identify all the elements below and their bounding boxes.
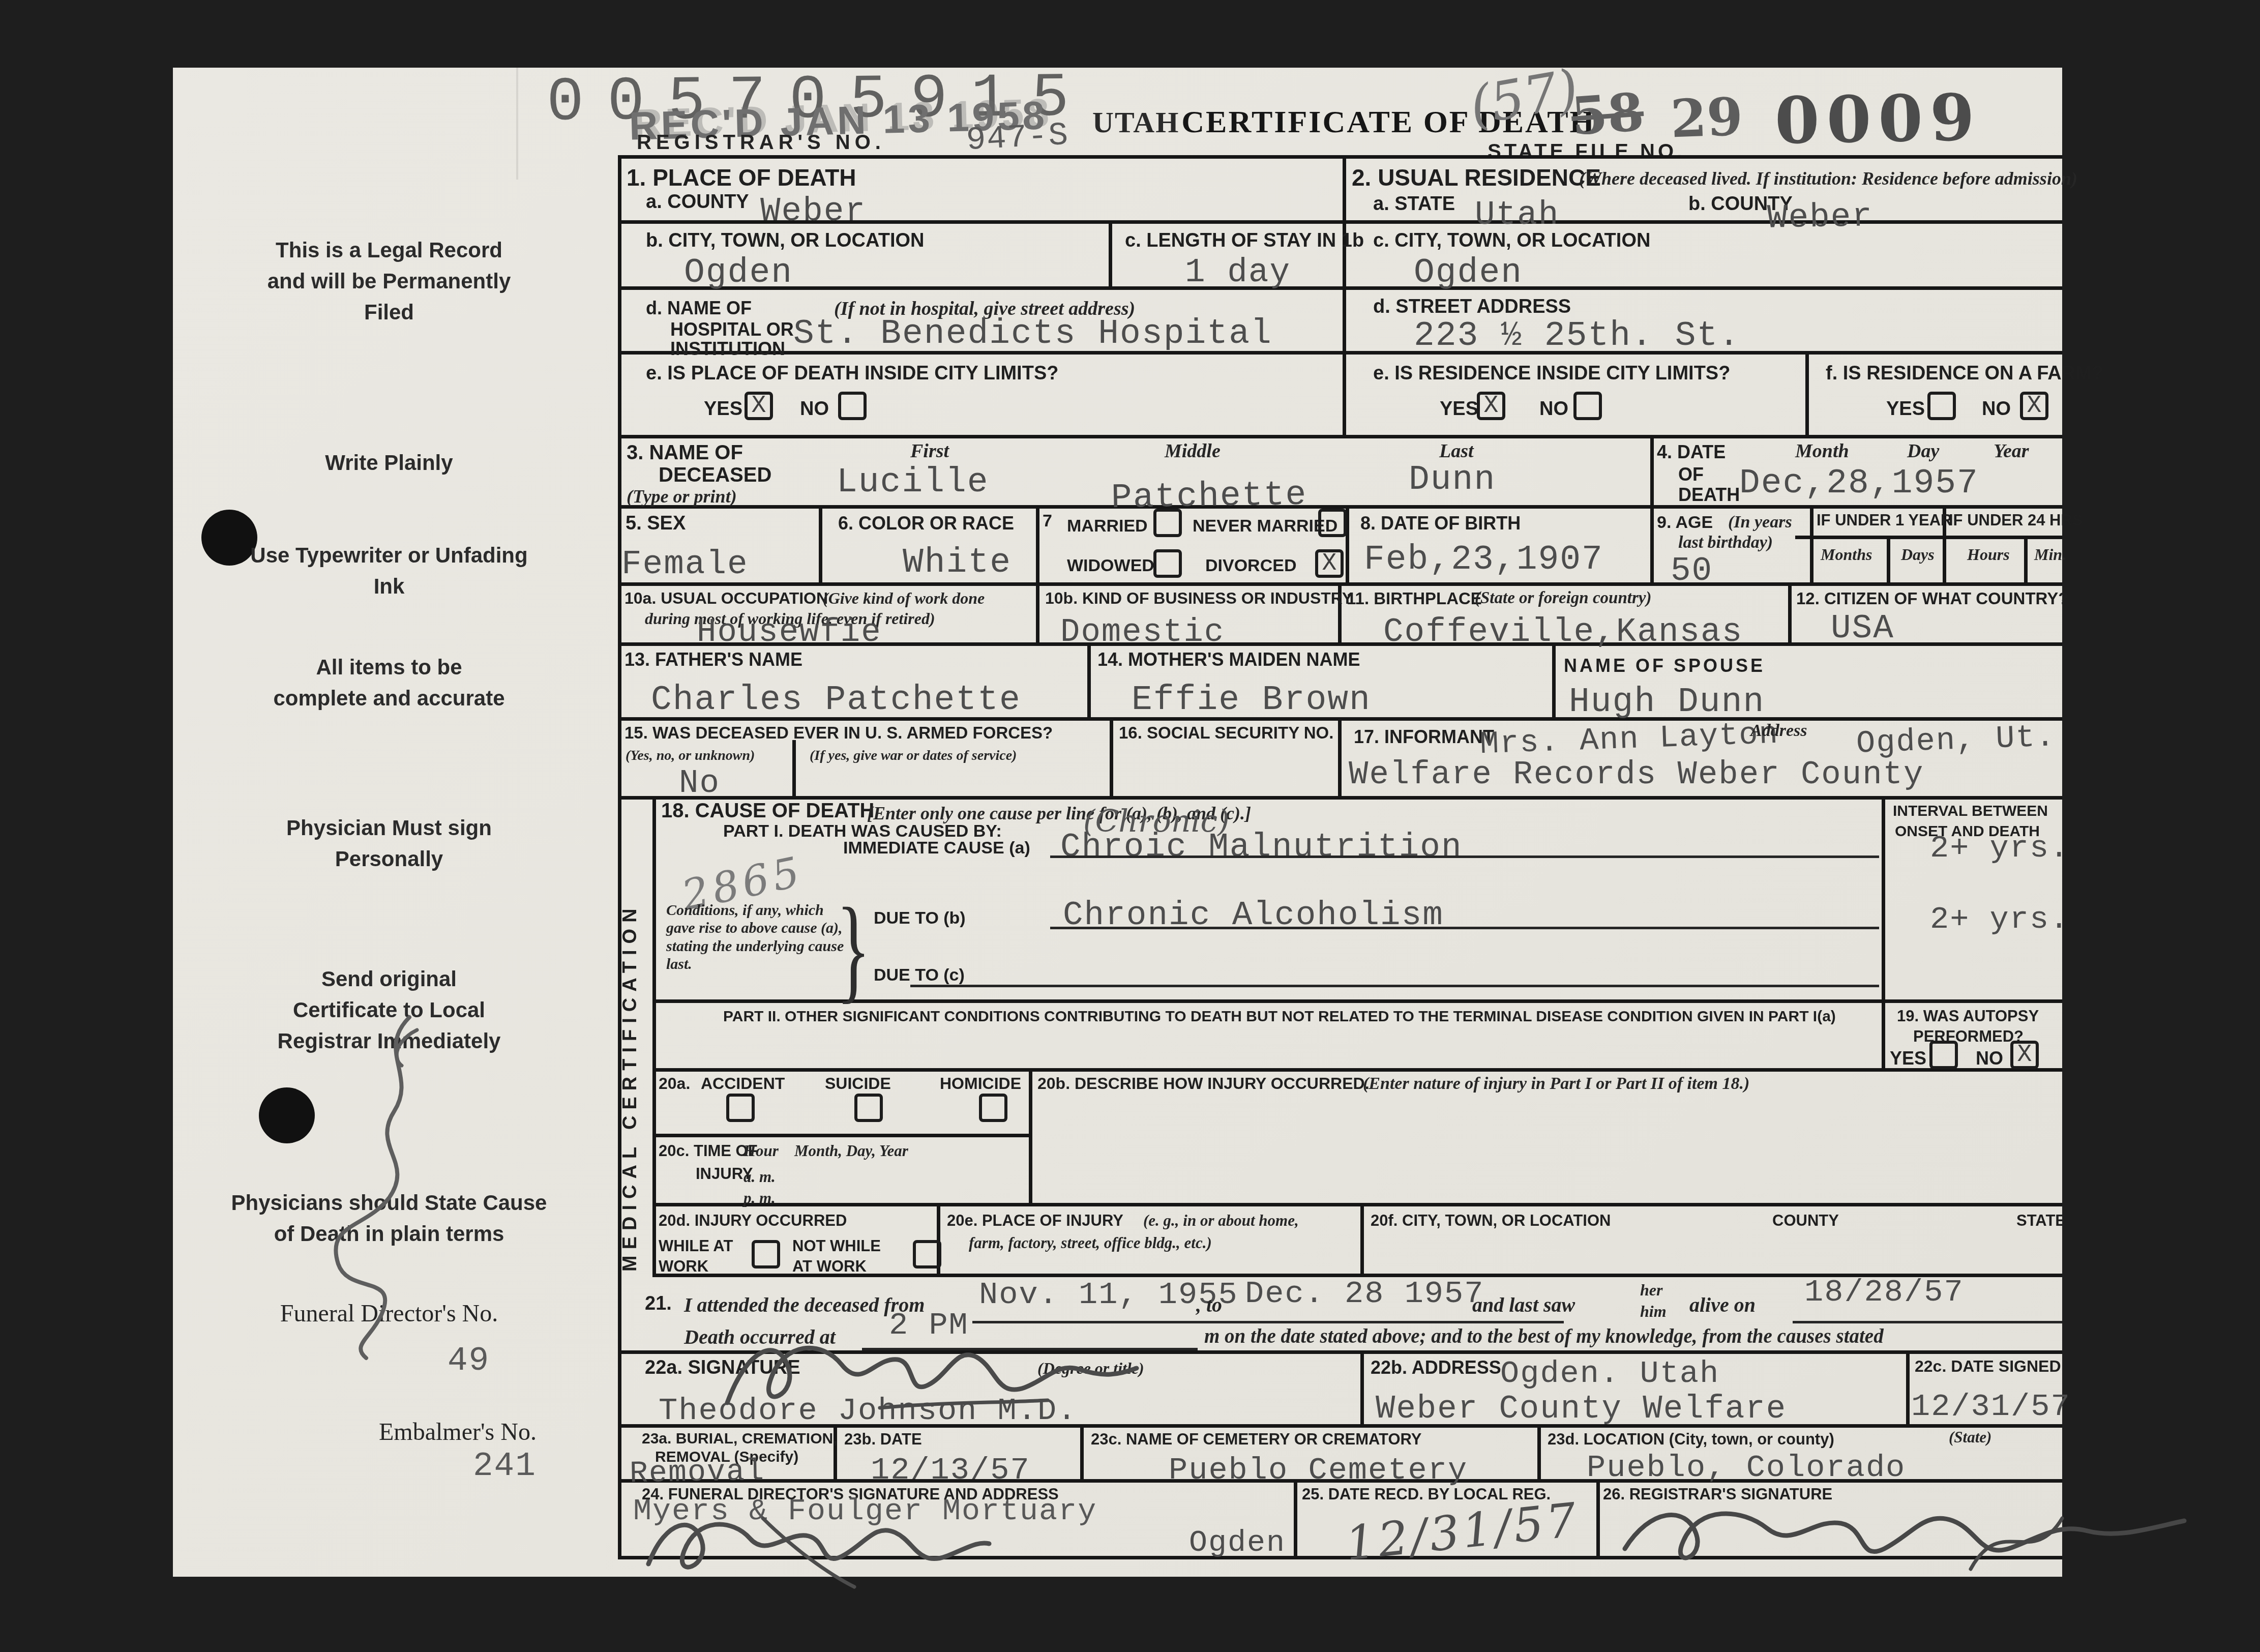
field-20c-pm-label: p. m. — [744, 1189, 776, 1207]
grid-line — [1360, 1203, 1364, 1274]
field-2e-yes-checkbox: X — [1477, 392, 1505, 420]
field-4-label: OF — [1678, 464, 1704, 485]
field-23d-value: Pueblo, Colorado — [1587, 1450, 1906, 1486]
field-2-paren: (Where deceased lived. If institution: R… — [1579, 168, 2077, 189]
field-5-value: Female — [621, 545, 749, 583]
grid-line — [1650, 505, 1654, 582]
field-18b-label: DUE TO (b) — [874, 908, 966, 928]
field-spouse-label: NAME OF SPOUSE — [1564, 655, 1765, 676]
field-20a-accident-label: ACCIDENT — [701, 1074, 785, 1093]
margin-note-complete: All items to be complete and accurate — [267, 652, 511, 714]
field-21-to-value: Dec. 28 1957 — [1245, 1276, 1484, 1312]
field-2d-label: d. STREET ADDRESS — [1373, 296, 1571, 318]
grid-line — [1338, 717, 1342, 796]
field-13-label: 13. FATHER'S NAME — [625, 649, 802, 670]
field-20e-label: 20e. PLACE OF INJURY — [947, 1212, 1123, 1230]
field-18a-value: Chroic Malnutrition — [1060, 828, 1463, 866]
field-1c-value: 1 day — [1185, 253, 1291, 291]
field-21-num: 21. — [645, 1293, 672, 1315]
field-9-months-label: Months — [1821, 545, 1872, 564]
field-20a-accident-checkbox — [726, 1094, 755, 1122]
physician-signature — [712, 1326, 1149, 1418]
field-20a-homicide-checkbox — [979, 1094, 1007, 1122]
field-20c-am-label: a. m. — [744, 1168, 776, 1186]
field-7-num: 7 — [1043, 511, 1052, 531]
margin-note-typewriter: Use Typewriter or Unfading Ink — [247, 540, 531, 602]
field-20f-state-label: STATE — [2016, 1212, 2066, 1230]
grid-line — [1552, 642, 1556, 717]
field-21-him-label: him — [1640, 1302, 1667, 1321]
field-2c-label: c. CITY, TOWN, OR LOCATION — [1373, 230, 1650, 252]
field-1b-label: b. CITY, TOWN, OR LOCATION — [646, 230, 924, 252]
field-21-alive-label: alive on — [1689, 1293, 1756, 1317]
field-7-divorced-label: DIVORCED — [1205, 556, 1296, 576]
field-2f-no-checkbox: X — [2020, 392, 2048, 420]
field-7-married-checkbox — [1153, 509, 1182, 537]
field-19-no-label: NO — [1976, 1048, 2003, 1069]
field-7-married-label: MARRIED — [1067, 516, 1148, 536]
field-1a-value: Weber — [760, 192, 866, 230]
field-21-from-line — [972, 1321, 1247, 1323]
field-2b-value: Weber — [1767, 197, 1873, 238]
field-4-month-label: Month — [1795, 440, 1849, 462]
field-21-to-line — [1233, 1321, 1564, 1323]
field-9-under24h-label: IF UNDER 24 HRS — [1949, 511, 2083, 529]
field-9-paren: last birthday) — [1678, 533, 1773, 552]
registrar-no-value: 947-S — [965, 117, 1070, 159]
field-11-label: 11. BIRTHPLACE — [1347, 589, 1482, 608]
grid-line — [618, 155, 621, 1559]
grid-line — [1810, 505, 1813, 582]
field-9-min-label: Min. — [2034, 545, 2066, 564]
field-18a-line — [1050, 855, 1879, 858]
scanned-death-certificate: 005705915 REC'D JAN 13 1958 REGISTRAR'S … — [0, 0, 2260, 1652]
field-2-title: 2. USUAL RESIDENCE — [1352, 164, 1601, 191]
field-spouse-value: Hugh Dunn — [1569, 683, 1765, 722]
field-12-value: USA — [1831, 609, 1894, 647]
field-18-immediate-label: IMMEDIATE CAUSE (a) — [843, 838, 1030, 858]
field-10a-paren: (Give kind of work done — [823, 589, 985, 608]
field-7-widowed-checkbox — [1153, 549, 1182, 578]
margin-note-legal-record: This is a Legal Record and will be Perma… — [257, 235, 521, 328]
field-11-value: Coffeville,Kansas — [1383, 613, 1743, 651]
field-3-last-value: Dunn — [1409, 460, 1496, 499]
field-3-first-value: Lucille — [837, 463, 989, 502]
field-4-value: Dec,28,1957 — [1739, 464, 1979, 503]
grid-line — [618, 435, 2062, 438]
field-15-sub1: (Yes, no, or unknown) — [626, 748, 755, 764]
field-4-label: 4. DATE — [1657, 441, 1726, 463]
field-1d-value: St. Benedicts Hospital — [793, 314, 1272, 353]
field-4-day-label: Day — [1907, 440, 1939, 462]
field-20e-paren: farm, factory, street, office bldg., etc… — [969, 1234, 1212, 1252]
grid-line — [618, 155, 2062, 159]
field-20d-whileatwork-checkbox — [752, 1240, 780, 1268]
field-3-first-label: First — [910, 440, 949, 462]
field-10a-value: Housewfie — [697, 614, 882, 651]
field-19-yes-label: YES — [1890, 1048, 1926, 1069]
grid-line — [618, 505, 2062, 509]
field-1c-label: c. LENGTH OF STAY IN 1b — [1125, 230, 1364, 252]
field-17-line2-value: Welfare Records Weber County — [1349, 757, 1924, 793]
embalmer-no-value: 241 — [473, 1447, 537, 1485]
grid-line — [1906, 1350, 1910, 1424]
field-13-value: Charles Patchette — [651, 681, 1021, 720]
field-3-last-label: Last — [1439, 440, 1474, 462]
field-21-to-label: , to — [1196, 1293, 1222, 1317]
field-2f-label: f. IS RESIDENCE ON A FARM? — [1826, 363, 2103, 385]
field-1e-no-label: NO — [800, 398, 829, 420]
field-22c-label: 22c. DATE SIGNED — [1915, 1357, 2061, 1376]
field-21-lastsaw-label: and last saw — [1472, 1293, 1575, 1317]
field-20c-label: 20c. TIME OF — [659, 1142, 758, 1160]
grid-line — [1343, 155, 1346, 435]
field-9-label: 9. AGE — [1657, 513, 1713, 533]
field-18c-line — [910, 985, 1879, 987]
field-23c-value: Pueblo Cemetery — [1169, 1452, 1468, 1488]
grid-line — [1080, 1424, 1084, 1479]
field-9-value: 50 — [1671, 552, 1713, 590]
grid-line — [618, 286, 2062, 290]
field-20c-mdy-label: Month, Day, Year — [794, 1142, 908, 1160]
field-7-divorced-checkbox: X — [1315, 549, 1344, 578]
grid-line — [1294, 1479, 1297, 1556]
field-14-value: Effie Brown — [1132, 681, 1371, 720]
field-23a-label: 23a. BURIAL, CREMATION, — [642, 1430, 837, 1448]
field-4-year-label: Year — [1994, 440, 2029, 462]
field-1e-yes-checkbox: X — [745, 392, 773, 420]
field-10a-label: 10a. USUAL OCCUPATION — [625, 589, 828, 608]
field-20c-hour-label: Hour — [744, 1142, 779, 1160]
form-title-state: UTAH — [1092, 106, 1179, 139]
grid-line — [652, 1203, 2062, 1206]
grid-line — [1882, 796, 1885, 1068]
field-21-alive-line — [1793, 1321, 2062, 1323]
field-17-label: 17. INFORMANT — [1354, 726, 1494, 748]
field-2c-value: Ogden — [1414, 253, 1523, 292]
registrar-no-label: REGISTRAR'S NO. — [637, 131, 885, 154]
field-20f-county-label: COUNTY — [1772, 1212, 1839, 1230]
margin-note-physician-sign: Physician Must sign Personally — [277, 813, 501, 875]
field-3-paren: (Type or print) — [627, 486, 737, 507]
field-20b-paren: (Enter nature of injury in Part I or Par… — [1363, 1074, 1749, 1094]
field-20d-notwhile-checkbox — [913, 1240, 941, 1268]
field-20d-whileatwork-label: WHILE AT — [659, 1237, 733, 1255]
field-7-never-married-checkbox — [1318, 509, 1347, 537]
field-19-no-checkbox: X — [2010, 1041, 2039, 1069]
field-20a-suicide-label: SUICIDE — [825, 1074, 891, 1093]
grid-line — [1596, 1479, 1600, 1556]
field-2e-no-label: NO — [1539, 398, 1568, 420]
grid-line — [1036, 505, 1039, 582]
grid-line — [1788, 582, 1792, 642]
field-20a-num: 20a. — [659, 1074, 690, 1093]
field-18b-line — [1050, 927, 1879, 929]
grid-line — [652, 1068, 2062, 1072]
field-6-label: 6. COLOR OR RACE — [838, 513, 1014, 534]
grid-line — [1887, 536, 1890, 582]
field-17-address-value: Ogden, Ut. — [1856, 719, 2056, 762]
field-9-under1yr-label: IF UNDER 1 YEAR — [1817, 511, 1952, 529]
grid-line — [792, 740, 796, 796]
medical-certification-vertical-label: MEDICAL CERTIFICATION — [619, 824, 641, 1272]
field-2e-yes-label: YES — [1440, 398, 1478, 420]
field-1a-label: a. COUNTY — [646, 191, 749, 213]
field-19-yes-checkbox — [1929, 1041, 1958, 1069]
field-18-interval-label: INTERVAL BETWEEN — [1893, 803, 2048, 820]
field-1e-no-checkbox — [838, 392, 867, 420]
file-no-stamp-crossed: 58 — [1569, 81, 1646, 147]
field-2f-no-label: NO — [1982, 398, 2011, 420]
field-18-label: 18. CAUSE OF DEATH — [661, 800, 874, 822]
field-11-paren: (State or foreign country) — [1475, 589, 1651, 608]
field-2e-no-checkbox — [1573, 392, 1602, 420]
field-16-label: 16. SOCIAL SECURITY NO. — [1119, 723, 1333, 743]
field-9-hours-label: Hours — [1967, 545, 2010, 564]
grid-line — [1805, 351, 1809, 435]
field-5-label: 5. SEX — [626, 513, 686, 535]
field-3-middle-value: Patchette — [1111, 476, 1307, 518]
field-1d-label: d. NAME OF — [646, 298, 752, 319]
field-20e-paren: (e. g., in or about home, — [1143, 1212, 1299, 1230]
field-22c-value: 12/31/57 — [1911, 1389, 2071, 1425]
field-22b-value1: Ogden. Utah — [1500, 1355, 1719, 1392]
field-14-label: 14. MOTHER'S MAIDEN NAME — [1097, 649, 1360, 670]
field-22b-label: 22b. ADDRESS — [1371, 1357, 1501, 1378]
field-22b-value2: Weber County Welfare — [1376, 1391, 1787, 1428]
field-20a-suicide-checkbox — [854, 1094, 883, 1122]
grid-line — [1650, 435, 1654, 505]
field-4-label: DEATH — [1678, 484, 1740, 506]
field-1e-label: e. IS PLACE OF DEATH INSIDE CITY LIMITS? — [646, 363, 1058, 385]
field-23d-label: 23d. LOCATION (City, town, or county) — [1548, 1430, 1834, 1449]
field-part2-label: PART II. OTHER SIGNIFICANT CONDITIONS CO… — [723, 1008, 1836, 1025]
margin-signature — [295, 1010, 427, 1361]
grid-line — [1795, 536, 2062, 539]
field-20d-notwhile-label: NOT WHILE — [792, 1237, 881, 1255]
field-15-sub2: (If yes, give war or dates of service) — [810, 748, 1017, 764]
field-3-label: DECEASED — [659, 464, 771, 487]
field-21-alive-value: 18/28/57 — [1804, 1274, 1964, 1310]
field-23d-state-paren: (State) — [1949, 1428, 1991, 1447]
field-15-label: 15. WAS DECEASED EVER IN U. S. ARMED FOR… — [625, 723, 1053, 743]
field-18b-interval-value: 2+ yrs. — [1930, 901, 2069, 937]
grid-line — [1029, 1068, 1032, 1203]
embalmer-no-label: Embalmer's No. — [379, 1418, 537, 1446]
field-20a-homicide-label: HOMICIDE — [940, 1074, 1021, 1093]
grid-line — [618, 796, 2062, 800]
field-1d-label: HOSPITAL OR — [670, 319, 794, 340]
field-23b-value: 12/13/57 — [871, 1452, 1030, 1488]
grid-line — [1110, 717, 1113, 796]
field-18-brace: } — [836, 882, 870, 1016]
grid-line — [652, 796, 656, 1274]
grid-line — [819, 505, 822, 582]
field-21-her-label: her — [1640, 1281, 1662, 1300]
field-2a-value: Utah — [1475, 196, 1559, 234]
field-17-address-label: Address — [1750, 721, 1807, 741]
registrar-signature — [1615, 1493, 2199, 1579]
field-1b-value: Ogden — [684, 253, 793, 292]
field-20f-label: 20f. CITY, TOWN, OR LOCATION — [1371, 1212, 1611, 1230]
field-10b-label: 10b. KIND OF BUSINESS OR INDUSTRY — [1045, 589, 1353, 608]
field-6-value: White — [903, 543, 1012, 582]
grid-line — [1109, 220, 1112, 286]
funeral-director-signature — [636, 1503, 997, 1589]
field-8-value: Feb,23,1907 — [1364, 540, 1603, 579]
field-20d-label: 20d. INJURY OCCURRED — [659, 1212, 847, 1230]
field-23b-label: 23b. DATE — [844, 1430, 922, 1449]
field-2d-value: 223 ½ 25th. St. — [1414, 316, 1740, 356]
field-7-never-married-label: NEVER MARRIED — [1193, 516, 1337, 536]
funeral-director-no-value: 49 — [448, 1342, 490, 1380]
field-20d-notwhile-label: AT WORK — [792, 1257, 867, 1276]
grid-line — [652, 1134, 1032, 1137]
grid-line — [1360, 1350, 1364, 1424]
field-1-title: 1. PLACE OF DEATH — [627, 164, 856, 191]
field-10b-value: Domestic — [1060, 614, 1225, 651]
field-2a-label: a. STATE — [1373, 193, 1455, 215]
field-1d-label: INSTITUTION — [670, 338, 785, 360]
file-no-stamp: 29 — [1670, 86, 1744, 150]
field-9-days-label: Days — [1901, 545, 1935, 564]
paper-crease — [516, 68, 518, 180]
grid-line — [1036, 582, 1039, 642]
field-18a-interval-value: 2+ yrs. — [1930, 830, 2069, 866]
field-21-rest-label: m on the date stated above; and to the b… — [1204, 1325, 1884, 1348]
field-3-middle-label: Middle — [1165, 440, 1221, 462]
field-20d-whileatwork-label: WORK — [659, 1257, 708, 1276]
field-8-label: 8. DATE OF BIRTH — [1360, 513, 1521, 534]
field-2f-yes-checkbox — [1927, 392, 1956, 420]
field-9-paren: (In years — [1728, 513, 1792, 532]
field-24-typed-city: Ogden — [1189, 1526, 1286, 1560]
field-3-label: 3. NAME OF — [627, 441, 743, 464]
margin-note-write-plainly: Write Plainly — [257, 448, 521, 479]
grid-line — [2024, 536, 2028, 582]
file-no-stamp-large: 0009 — [1774, 79, 1982, 158]
field-20b-label: 20b. DESCRIBE HOW INJURY OCCURRED. — [1037, 1074, 1370, 1093]
field-15-value: No — [679, 765, 720, 802]
field-18-conditions-label: Conditions, if any, which gave rise to a… — [666, 901, 844, 973]
field-7-widowed-label: WIDOWED — [1067, 556, 1154, 576]
grid-line — [1087, 642, 1091, 717]
field-1e-yes-label: YES — [704, 398, 742, 420]
field-12-label: 12. CITIZEN OF WHAT COUNTRY? — [1796, 589, 2068, 608]
field-2e-label: e. IS RESIDENCE INSIDE CITY LIMITS? — [1373, 363, 1730, 385]
field-23c-label: 23c. NAME OF CEMETERY OR CREMATORY — [1091, 1430, 1422, 1449]
grid-line — [1537, 1424, 1541, 1479]
field-2f-yes-label: YES — [1886, 398, 1925, 420]
field-18c-label: DUE TO (c) — [874, 965, 965, 985]
field-19-label: 19. WAS AUTOPSY — [1897, 1007, 2039, 1025]
